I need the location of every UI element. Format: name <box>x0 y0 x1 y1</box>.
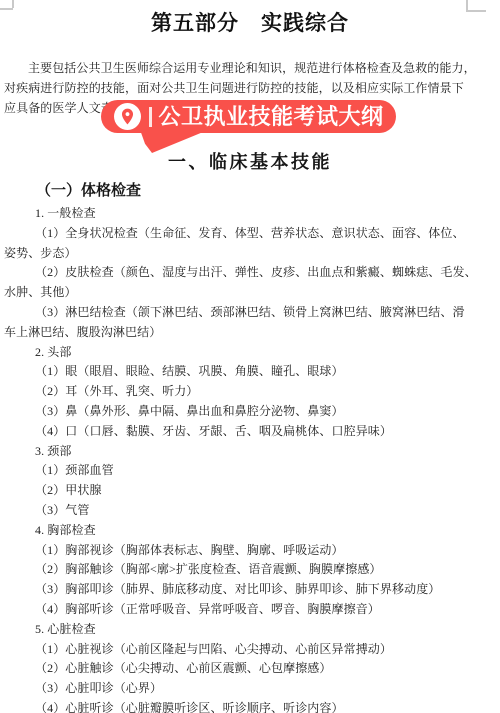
outline-line: （2）甲状腺 <box>4 481 496 501</box>
badge-label: 公卫执业技能考试大纲 <box>152 100 384 133</box>
outline-line: （2）胸部触诊（胸部<廓>扩张度检查、语音震颤、胸膜摩擦感） <box>4 560 496 580</box>
outline-line: （3）鼻（鼻外形、鼻中隔、鼻出血和鼻腔分泌物、鼻窦） <box>4 402 496 422</box>
outline-line: 1. 一般检查 <box>4 204 496 224</box>
exam-outline-badge: 公卫执业技能考试大纲 <box>101 100 396 133</box>
section-heading: 一、临床基本技能 <box>0 150 500 174</box>
outline-line: （1）全身状况检查（生命征、发育、体型、营养状态、意识状态、面容、体位、 <box>4 224 496 244</box>
outline-line: 车上淋巴结、腹股沟淋巴结） <box>4 323 496 343</box>
outline-line: （1）颈部血管 <box>4 461 496 481</box>
intro-line: 对疾病进行防控的技能，面对公共卫生问题进行防控的技能，以及相应实际工作情景下 <box>4 78 496 98</box>
outline-line: 姿势、步态） <box>4 244 496 264</box>
badge-body: 公卫执业技能考试大纲 <box>101 100 396 133</box>
outline-line: （2）耳（外耳、乳突、听力） <box>4 382 496 402</box>
outline-line: （2）皮肤检查（颜色、湿度与出汗、弹性、皮疹、出血点和紫癜、蜘蛛痣、毛发、 <box>4 263 496 283</box>
outline-line: （2）心脏触诊（心尖搏动、心前区震颤、心包摩擦感） <box>4 659 496 679</box>
outline-line: 5. 心脏检查 <box>4 620 496 640</box>
outline-line: （3）气管 <box>4 501 496 521</box>
location-pin-icon <box>114 103 141 130</box>
outline-line: （4）口（口唇、黏膜、牙齿、牙龈、舌、咽及扁桃体、口腔异味） <box>4 422 496 442</box>
outline-line: （1）胸部视诊（胸部体表标志、胸壁、胸廓、呼吸运动） <box>4 541 496 561</box>
outline-line: 水肿、其他） <box>4 283 496 303</box>
document-page: { "doc": { "title": "第五部分 实践综合", "intro"… <box>0 0 500 713</box>
outline-list: 1. 一般检查（1）全身状况检查（生命征、发育、体型、营养状态、意识状态、面容、… <box>4 204 496 713</box>
outline-line: （1）心脏视诊（心前区隆起与凹陷、心尖搏动、心前区异常搏动） <box>4 640 496 660</box>
outline-line: 3. 颈部 <box>4 442 496 462</box>
outline-line: （3）胸部叩诊（肺界、肺底移动度、对比叩诊、肺界叩诊、肺下界移动度） <box>4 580 496 600</box>
margin-corner-mark-top-left <box>12 0 14 8</box>
outline-line: （3）淋巴结检查（颌下淋巴结、颈部淋巴结、锁骨上窝淋巴结、腋窝淋巴结、滑 <box>4 303 496 323</box>
outline-line: 4. 胸部检查 <box>4 521 496 541</box>
outline-line: （4）胸部听诊（正常呼吸音、异常呼吸音、啰音、胸膜摩擦音） <box>4 600 496 620</box>
intro-line: 主要包括公共卫生医师综合运用专业理论和知识，规范进行体格检查及急救的能力， <box>4 58 496 78</box>
outline-line: （4）心脏听诊（心脏瓣膜听诊区、听诊顺序、听诊内容） <box>4 699 496 713</box>
outline-line: （3）心脏叩诊（心界） <box>4 679 496 699</box>
subsection-heading: （一）体格检查 <box>36 181 141 201</box>
page-title: 第五部分 实践综合 <box>0 8 500 38</box>
outline-line: 2. 头部 <box>4 343 496 363</box>
outline-line: （1）眼（眼眉、眼睑、结膜、巩膜、角膜、瞳孔、眼球） <box>4 362 496 382</box>
